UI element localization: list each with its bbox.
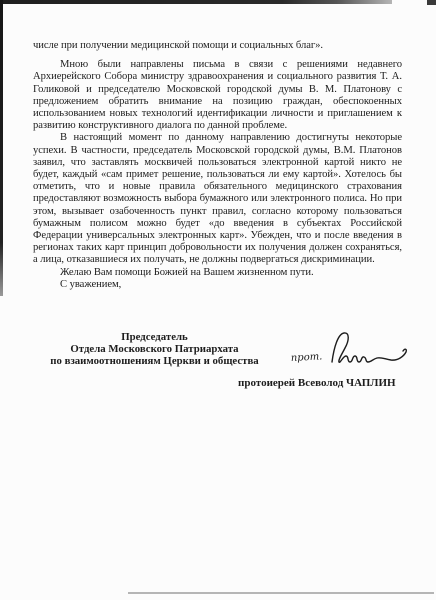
scan-edge-bottom — [128, 592, 434, 594]
scan-edge-top — [0, 0, 392, 4]
closing-wish-line: Желаю Вам помощи Божией на Вашем жизненн… — [33, 267, 402, 279]
signature-abbreviation: прот. — [291, 351, 323, 364]
letter-page: числе при получении медицинской помощи и… — [0, 0, 436, 600]
body-paragraph: Мною были направлены письма в связи с ре… — [33, 59, 402, 132]
signatory-title-line: по взаимоотношениям Церкви и общества — [47, 355, 262, 367]
body-paragraph: В настоящий момент по данному направлени… — [33, 132, 402, 266]
signatory-title-line: Председатель — [47, 331, 262, 343]
continuation-line: числе при получении медицинской помощи и… — [33, 40, 402, 52]
letter-body: числе при получении медицинской помощи и… — [33, 40, 402, 291]
scan-edge-left — [0, 0, 3, 296]
handwritten-signature: прот. — [288, 331, 420, 379]
signatory-title-block: Председатель Отдела Московского Патриарх… — [47, 331, 262, 367]
valediction-line: С уважением, — [33, 279, 402, 291]
signature-flourish — [332, 333, 406, 362]
signatory-name: протоиерей Всеволод ЧАПЛИН — [238, 377, 396, 389]
signatory-title-line: Отдела Московского Патриархата — [47, 343, 262, 355]
scan-artifact-corner — [427, 0, 436, 5]
